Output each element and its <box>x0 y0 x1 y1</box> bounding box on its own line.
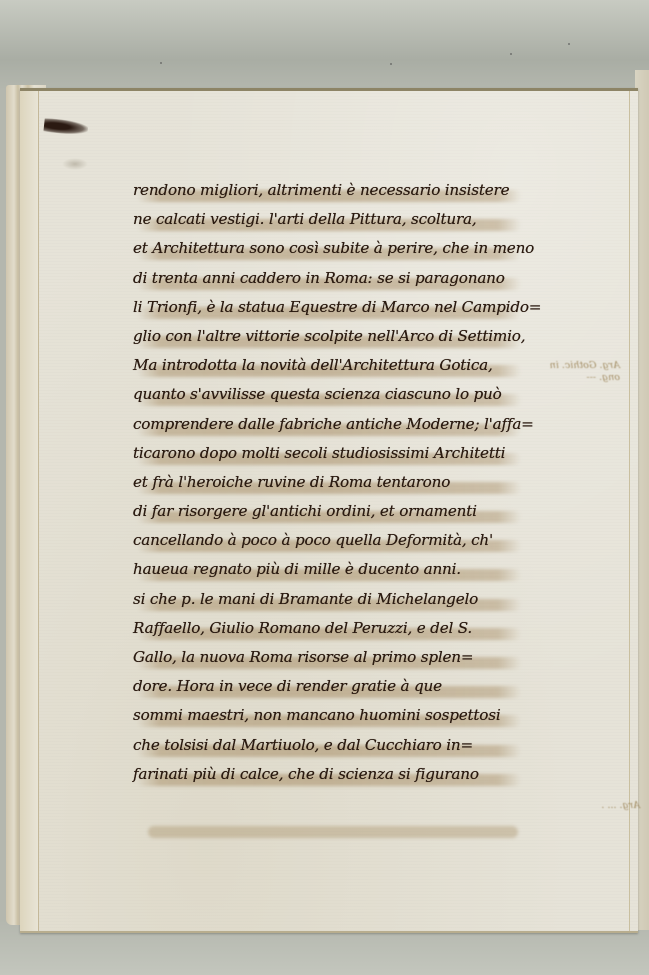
text-line: si che p. le mani di Bramante di Michela… <box>133 585 525 614</box>
text-line: sommi maestri, non mancano huomini sospe… <box>133 701 525 730</box>
text-line: et Architettura sono così subite à perir… <box>133 234 525 263</box>
text-line: che tolsisi dal Martiuolo, e dal Cucchia… <box>133 731 525 760</box>
text-line: ticarono dopo molti secoli studiosissimi… <box>133 439 525 468</box>
text-line: et frà l'heroiche ruvine di Roma tentaro… <box>133 468 525 497</box>
text-line: dore. Hora in vece di render gratie à qu… <box>133 672 525 701</box>
text-line: Gallo, la nuova Roma risorse al primo sp… <box>133 643 525 672</box>
text-line: glio con l'altre vittorie scolpite nell'… <box>133 322 525 351</box>
bleed-through <box>148 826 518 838</box>
dust-speck <box>568 43 570 45</box>
text-line: haueua regnato più di mille è ducento an… <box>133 555 525 584</box>
dust-speck <box>510 53 512 55</box>
text-line: rendono migliori, altrimenti è necessari… <box>133 176 525 205</box>
text-line: Ma introdotta la novità dell'Architettur… <box>133 351 525 380</box>
text-line: cancellando à poco à poco quella Deformi… <box>133 526 525 555</box>
text-line: li Trionfi, è la statua Equestre di Marc… <box>133 293 525 322</box>
margin-note: Arg. Gothic. in ong. --- <box>540 360 620 384</box>
text-line: ne calcati vestigi. l'arti della Pittura… <box>133 205 525 234</box>
gutter <box>20 91 39 931</box>
text-line: farinati più di calce, che di scienza si… <box>133 760 525 789</box>
text-line: di trenta anni caddero in Roma: se si pa… <box>133 264 525 293</box>
scan-background: rendono migliori, altrimenti è necessari… <box>0 0 649 975</box>
margin-note: Arg. ... . <box>580 800 640 812</box>
text-line: quanto s'avvilisse questa scienza ciascu… <box>133 380 525 409</box>
manuscript-text: rendono migliori, altrimenti è necessari… <box>133 176 525 789</box>
text-line: di far risorgere gl'antichi ordini, et o… <box>133 497 525 526</box>
ink-smudge <box>62 158 88 170</box>
dust-speck <box>160 62 162 64</box>
text-line: comprendere dalle fabriche antiche Moder… <box>133 410 525 439</box>
text-line: Raffaello, Giulio Romano del Peruzzi, e … <box>133 614 525 643</box>
dust-speck <box>390 63 392 65</box>
